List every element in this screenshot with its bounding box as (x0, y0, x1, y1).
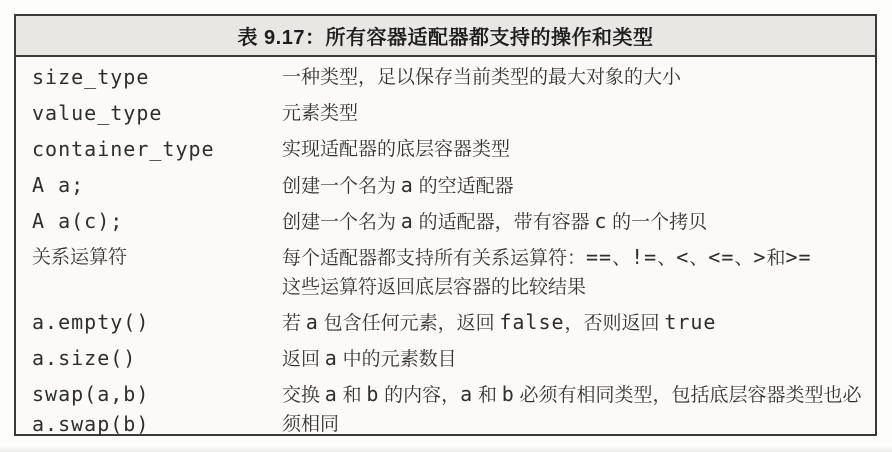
text-segment: 的一个拷贝 (607, 212, 707, 233)
inline-code: a (325, 382, 338, 406)
inline-code: a.size() (32, 346, 136, 370)
row-term: a.size() (32, 344, 282, 374)
text-line: 元素类型 (282, 99, 865, 128)
row-term: A a; (32, 171, 282, 201)
text-segment: 须相同 (282, 414, 339, 435)
text-segment: 、 (734, 248, 753, 269)
text-segment: 和 (766, 248, 785, 269)
table-9-17: 表 9.17：所有容器适配器都支持的操作和类型 size_type一种类型，足以… (14, 14, 877, 436)
inline-code: >= (785, 245, 811, 269)
row-term: value_type (32, 99, 282, 129)
row-description: 若 a 包含任何元素，返回 false，否则返回 true (282, 308, 865, 338)
text-segment: 实现适配器的底层容器类型 (282, 139, 510, 160)
text-line: a.swap(b) (32, 410, 282, 440)
inline-code: a.empty() (32, 310, 149, 334)
text-line: size_type (32, 63, 282, 93)
inline-code: b (366, 382, 379, 406)
text-segment: 、 (657, 248, 676, 269)
row-description: 创建一个名为 a 的适配器，带有容器 c 的一个拷贝 (282, 207, 865, 237)
text-segment: 一种类型，足以保存当前类型的最大对象的大小 (282, 67, 681, 88)
table-row: a.size()返回 a 中的元素数目 (16, 341, 875, 377)
inline-code: swap(a,b) (32, 382, 149, 406)
inline-code: a (306, 310, 319, 334)
text-segment: 的空适配器 (414, 176, 514, 197)
inline-code: != (631, 245, 657, 269)
text-line: 返回 a 中的元素数目 (282, 344, 865, 374)
inline-code: a (401, 173, 414, 197)
row-description: 交换 a 和 b 的内容，a 和 b 必须有相同类型，包括底层容器类型也必须相同 (282, 380, 865, 440)
inline-code: == (586, 245, 612, 269)
text-segment: 这些运算符返回底层容器的比较结果 (282, 277, 586, 298)
text-line: 交换 a 和 b 的内容，a 和 b 必须有相同类型，包括底层容器类型也必 (282, 380, 865, 410)
table-header: 表 9.17：所有容器适配器都支持的操作和类型 (16, 16, 875, 57)
row-term: A a(c); (32, 207, 282, 237)
inline-code: a (401, 209, 414, 233)
inline-code: value_type (32, 101, 162, 125)
scan-shadow (0, 446, 892, 452)
table-row: 关系运算符每个适配器都支持所有关系运算符：==、!=、<、<=、>和>=这些运算… (16, 240, 875, 305)
text-segment: 、 (612, 248, 631, 269)
inline-code: container_type (32, 137, 215, 161)
text-line: A a; (32, 171, 282, 201)
text-line: value_type (32, 99, 282, 129)
text-line: 这些运算符返回底层容器的比较结果 (282, 273, 865, 302)
text-segment: 交换 (282, 385, 325, 406)
inline-code: c (594, 209, 607, 233)
text-segment: 、 (689, 248, 708, 269)
row-term: size_type (32, 63, 282, 93)
inline-code: a.swap(b) (32, 412, 149, 436)
inline-code: > (753, 245, 766, 269)
text-segment: 包含任何元素，返回 (319, 313, 500, 334)
inline-code: < (676, 245, 689, 269)
text-line: 实现适配器的底层容器类型 (282, 135, 865, 164)
table-body: size_type一种类型，足以保存当前类型的最大对象的大小value_type… (16, 57, 875, 443)
text-line: swap(a,b) (32, 380, 282, 410)
row-description: 一种类型，足以保存当前类型的最大对象的大小 (282, 63, 865, 93)
text-line: A a(c); (32, 207, 282, 237)
inline-code: b (502, 382, 515, 406)
text-line: 每个适配器都支持所有关系运算符：==、!=、<、<=、>和>= (282, 243, 865, 273)
inline-code: a (325, 346, 338, 370)
row-term: swap(a,b)a.swap(b) (32, 380, 282, 440)
text-segment: 创建一个名为 (282, 212, 401, 233)
text-segment: 返回 (282, 349, 325, 370)
text-segment: 和 (473, 385, 502, 406)
row-description: 每个适配器都支持所有关系运算符：==、!=、<、<=、>和>=这些运算符返回底层… (282, 243, 865, 302)
inline-code: size_type (32, 65, 149, 89)
table-row: A a;创建一个名为 a 的空适配器 (16, 168, 875, 204)
table-row: value_type元素类型 (16, 96, 875, 132)
row-term: container_type (32, 135, 282, 165)
inline-code: A a; (32, 173, 84, 197)
text-line: 一种类型，足以保存当前类型的最大对象的大小 (282, 63, 865, 92)
text-segment: 的内容， (379, 385, 460, 406)
text-segment: 必须有相同类型，包括底层容器类型也必 (515, 385, 862, 406)
text-segment: 和 (338, 385, 367, 406)
row-description: 创建一个名为 a 的空适配器 (282, 171, 865, 201)
row-term: 关系运算符 (32, 243, 282, 302)
text-line: 创建一个名为 a 的适配器，带有容器 c 的一个拷贝 (282, 207, 865, 237)
text-segment: 关系运算符 (32, 247, 127, 268)
text-line: 创建一个名为 a 的空适配器 (282, 171, 865, 201)
text-line: 若 a 包含任何元素，返回 false，否则返回 true (282, 308, 865, 338)
text-line: a.empty() (32, 308, 282, 338)
table-title: 表 9.17：所有容器适配器都支持的操作和类型 (238, 21, 654, 50)
row-description: 返回 a 中的元素数目 (282, 344, 865, 374)
text-segment: ，否则返回 (565, 313, 665, 334)
text-segment: 的适配器，带有容器 (414, 212, 595, 233)
text-line: 关系运算符 (32, 243, 282, 272)
row-description: 元素类型 (282, 99, 865, 129)
text-line: a.size() (32, 344, 282, 374)
row-description: 实现适配器的底层容器类型 (282, 135, 865, 165)
table-row: size_type一种类型，足以保存当前类型的最大对象的大小 (16, 60, 875, 96)
text-line: 须相同 (282, 410, 865, 439)
table-row: A a(c);创建一个名为 a 的适配器，带有容器 c 的一个拷贝 (16, 204, 875, 240)
text-segment: 每个适配器都支持所有关系运算符： (282, 248, 586, 269)
text-segment: 创建一个名为 (282, 176, 401, 197)
inline-code: A a(c); (32, 209, 123, 233)
row-term: a.empty() (32, 308, 282, 338)
inline-code: <= (708, 245, 734, 269)
text-line: container_type (32, 135, 282, 165)
table-row: container_type实现适配器的底层容器类型 (16, 132, 875, 168)
text-segment: 中的元素数目 (338, 349, 457, 370)
table-row: swap(a,b)a.swap(b)交换 a 和 b 的内容，a 和 b 必须有… (16, 377, 875, 443)
inline-code: false (499, 310, 564, 334)
inline-code: true (664, 310, 716, 334)
inline-code: a (460, 382, 473, 406)
text-segment: 元素类型 (282, 103, 358, 124)
table-row: a.empty()若 a 包含任何元素，返回 false，否则返回 true (16, 305, 875, 341)
text-segment: 若 (282, 313, 306, 334)
